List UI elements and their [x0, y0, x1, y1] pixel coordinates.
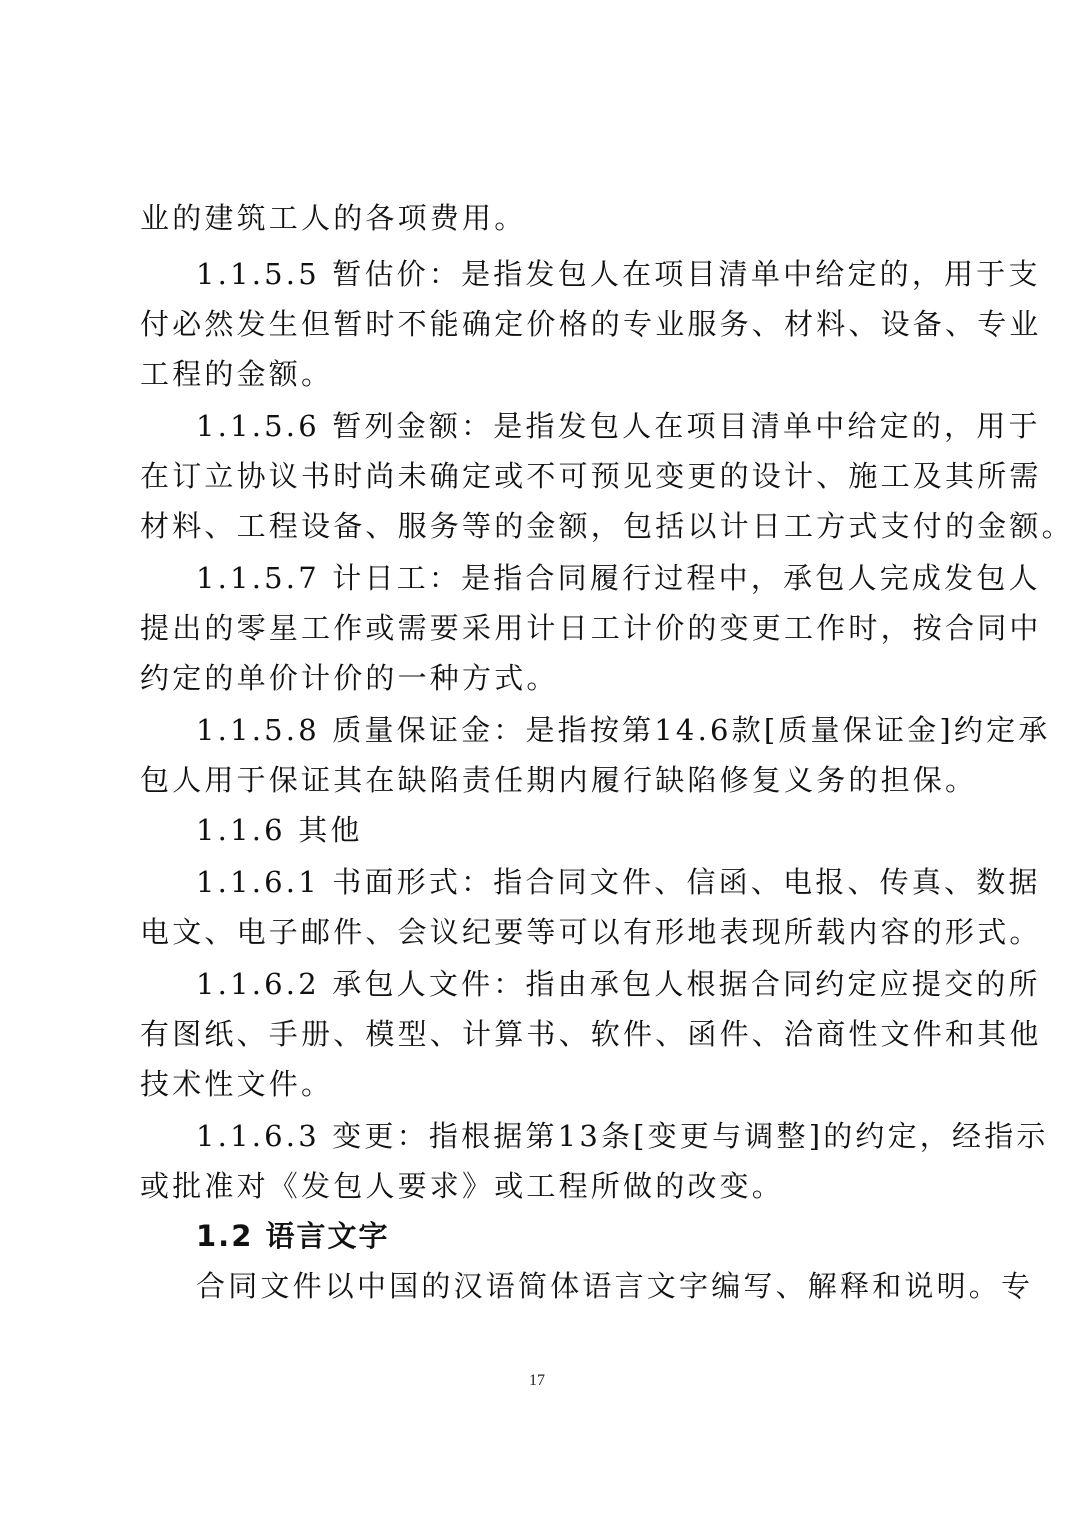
section-heading: 1.2 语言文字 — [196, 1218, 940, 1254]
page-number: 17 — [0, 1372, 1074, 1390]
text-line: 1.1.6 其他 — [196, 812, 940, 848]
text-line: 包人用于保证其在缺陷责任期内履行缺陷修复义务的担保。 — [140, 762, 940, 798]
text-line: 工程的金额。 — [140, 356, 940, 392]
text-line: 业的建筑工人的各项费用。 — [140, 200, 940, 236]
document-page: 业的建筑工人的各项费用。1.1.5.5 暂估价：是指发包人在项目清单中给定的，用… — [0, 0, 1074, 1520]
text-line: 1.1.5.8 质量保证金：是指按第14.6款[质量保证金]约定承 — [196, 712, 940, 748]
text-line: 技术性文件。 — [140, 1066, 940, 1102]
text-line: 或批准对《发包人要求》或工程所做的改变。 — [140, 1168, 940, 1204]
text-line: 合同文件以中国的汉语简体语言文字编写、解释和说明。专 — [196, 1268, 940, 1304]
text-line: 有图纸、手册、模型、计算书、软件、函件、洽商性文件和其他 — [140, 1016, 940, 1052]
text-line: 材料、工程设备、服务等的金额，包括以计日工方式支付的金额。 — [140, 508, 940, 544]
text-line: 约定的单价计价的一种方式。 — [140, 660, 940, 696]
text-line: 提出的零星工作或需要采用计日工计价的变更工作时，按合同中 — [140, 610, 940, 646]
text-line: 1.1.5.5 暂估价：是指发包人在项目清单中给定的，用于支 — [196, 256, 940, 292]
text-line: 1.1.5.6 暂列金额：是指发包人在项目清单中给定的，用于 — [196, 408, 940, 444]
text-line: 1.1.6.1 书面形式：指合同文件、信函、电报、传真、数据 — [196, 864, 940, 900]
text-line: 付必然发生但暂时不能确定价格的专业服务、材料、设备、专业 — [140, 306, 940, 342]
text-line: 1.1.6.3 变更：指根据第13条[变更与调整]的约定，经指示 — [196, 1118, 940, 1154]
text-line: 在订立协议书时尚未确定或不可预见变更的设计、施工及其所需 — [140, 458, 940, 494]
text-line: 1.1.5.7 计日工：是指合同履行过程中，承包人完成发包人 — [196, 560, 940, 596]
text-line: 电文、电子邮件、会议纪要等可以有形地表现所载内容的形式。 — [140, 914, 940, 950]
text-line: 1.1.6.2 承包人文件：指由承包人根据合同约定应提交的所 — [196, 966, 940, 1002]
